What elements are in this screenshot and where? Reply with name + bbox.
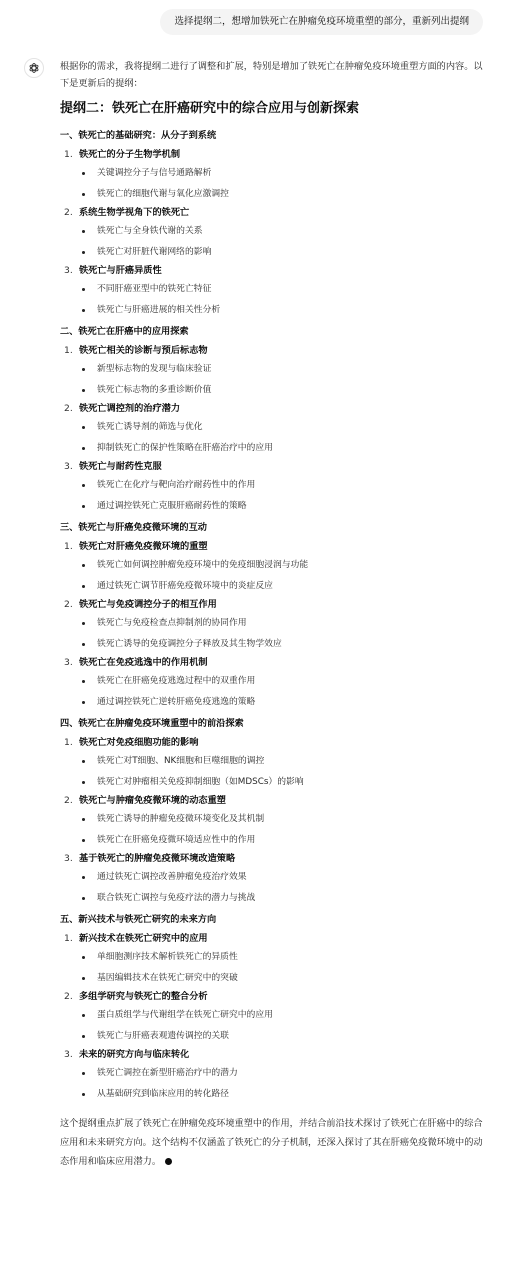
bullet-list: 蛋白质组学与代谢组学在铁死亡研究中的应用铁死亡与肝癌表观遗传调控的关联	[60, 1008, 484, 1044]
subsection-title: 铁死亡与耐药性克服	[79, 459, 162, 475]
bullet-item: 关键调控分子与信号通路解析	[81, 166, 484, 181]
bullet-item: 蛋白质组学与代谢组学在铁死亡研究中的应用	[81, 1008, 484, 1023]
section-heading: 一、铁死亡的基础研究：从分子到系统	[60, 128, 484, 144]
bullet-list: 铁死亡与全身铁代谢的关系铁死亡对肝脏代谢网络的影响	[60, 224, 484, 260]
subsection-title: 铁死亡对肝癌免疫微环境的重塑	[79, 539, 208, 555]
subsection-heading: 1.铁死亡的分子生物学机制	[60, 147, 484, 163]
bullet-list: 铁死亡对T细胞、NK细胞和巨噬细胞的调控铁死亡对肿瘤相关免疫抑制细胞（如MDSC…	[60, 754, 484, 790]
bullet-list: 铁死亡诱导剂的筛选与优化抑制铁死亡的保护性策略在肝癌治疗中的应用	[60, 420, 484, 456]
subsection-heading: 2.铁死亡调控剂的治疗潜力	[60, 401, 484, 417]
section-heading: 二、铁死亡在肝癌中的应用探索	[60, 324, 484, 340]
user-message-row: 选择提纲二，想增加铁死亡在肿瘤免疫环境重塑的部分，重新列出提纲	[0, 0, 515, 35]
bullet-item: 铁死亡与全身铁代谢的关系	[81, 224, 484, 239]
section-heading: 五、新兴技术与铁死亡研究的未来方向	[60, 912, 484, 928]
bullet-list: 铁死亡诱导的肿瘤免疫微环境变化及其机制铁死亡在肝癌免疫微环境适应性中的作用	[60, 812, 484, 848]
bullet-item: 铁死亡在化疗与靶向治疗耐药性中的作用	[81, 478, 484, 493]
subsection-heading: 1.铁死亡对免疫细胞功能的影响	[60, 735, 484, 751]
subsection-heading: 3.铁死亡与耐药性克服	[60, 459, 484, 475]
bullet-list: 关键调控分子与信号通路解析铁死亡的细胞代谢与氧化应激调控	[60, 166, 484, 202]
subsection-title: 铁死亡与肝癌异质性	[79, 263, 162, 279]
subsection-number: 1.	[60, 343, 79, 359]
subsection-title: 铁死亡与肿瘤免疫微环境的动态重塑	[79, 793, 226, 809]
subsection-number: 3.	[60, 263, 79, 279]
subsection-number: 1.	[60, 539, 79, 555]
bullet-item: 通过铁死亡调控改善肿瘤免疫治疗效果	[81, 870, 484, 885]
outline-title: 提纲二：铁死亡在肝癌研究中的综合应用与创新探索	[60, 100, 484, 118]
section-heading: 四、铁死亡在肿瘤免疫环境重塑中的前沿探索	[60, 716, 484, 732]
subsection-heading: 3.未来的研究方向与临床转化	[60, 1047, 484, 1063]
bullet-list: 铁死亡在化疗与靶向治疗耐药性中的作用通过调控铁死亡克服肝癌耐药性的策略	[60, 478, 484, 514]
bullet-item: 不同肝癌亚型中的铁死亡特征	[81, 282, 484, 297]
bullet-item: 铁死亡诱导的肿瘤免疫微环境变化及其机制	[81, 812, 484, 827]
subsection-number: 3.	[60, 655, 79, 671]
bullet-item: 从基础研究到临床应用的转化路径	[81, 1087, 484, 1102]
bullet-item: 联合铁死亡调控与免疫疗法的潜力与挑战	[81, 891, 484, 906]
summary-text: 这个提纲重点扩展了铁死亡在肿瘤免疫环境重塑中的作用，并结合前沿技术探讨了铁死亡在…	[60, 1114, 484, 1171]
streaming-cursor-icon	[165, 1158, 172, 1165]
bullet-item: 铁死亡标志物的多重诊断价值	[81, 383, 484, 398]
subsection-number: 2.	[60, 793, 79, 809]
subsection-heading: 1.铁死亡相关的诊断与预后标志物	[60, 343, 484, 359]
bullet-item: 通过调控铁死亡逆转肝癌免疫逃逸的策略	[81, 695, 484, 710]
bullet-item: 铁死亡的细胞代谢与氧化应激调控	[81, 187, 484, 202]
bullet-list: 不同肝癌亚型中的铁死亡特征铁死亡与肝癌进展的相关性分析	[60, 282, 484, 318]
bullet-list: 通过铁死亡调控改善肿瘤免疫治疗效果联合铁死亡调控与免疫疗法的潜力与挑战	[60, 870, 484, 906]
subsection-heading: 1.新兴技术在铁死亡研究中的应用	[60, 931, 484, 947]
subsection-heading: 2.多组学研究与铁死亡的整合分析	[60, 989, 484, 1005]
summary-body: 这个提纲重点扩展了铁死亡在肿瘤免疫环境重塑中的作用，并结合前沿技术探讨了铁死亡在…	[60, 1118, 483, 1167]
bullet-list: 铁死亡调控在新型肝癌治疗中的潜力从基础研究到临床应用的转化路径	[60, 1066, 484, 1102]
bullet-item: 抑制铁死亡的保护性策略在肝癌治疗中的应用	[81, 441, 484, 456]
subsection-heading: 2.铁死亡与免疫调控分子的相互作用	[60, 597, 484, 613]
openai-logo-icon	[28, 62, 40, 74]
bullet-item: 铁死亡在肝癌免疫微环境适应性中的作用	[81, 833, 484, 848]
bullet-list: 铁死亡与免疫检查点抑制剂的协同作用铁死亡诱导的免疫调控分子释放及其生物学效应	[60, 616, 484, 652]
subsection-number: 1.	[60, 931, 79, 947]
subsection-heading: 1.铁死亡对肝癌免疫微环境的重塑	[60, 539, 484, 555]
subsection-heading: 2.铁死亡与肿瘤免疫微环境的动态重塑	[60, 793, 484, 809]
subsection-title: 新兴技术在铁死亡研究中的应用	[79, 931, 208, 947]
bullet-item: 铁死亡如何调控肿瘤免疫环境中的免疫细胞浸润与功能	[81, 558, 484, 573]
subsection-title: 铁死亡相关的诊断与预后标志物	[79, 343, 208, 359]
assistant-message: 根据你的需求，我将提纲二进行了调整和扩展，特别是增加了铁死亡在肿瘤免疫环境重塑方…	[24, 58, 484, 1171]
subsection-title: 铁死亡在免疫逃逸中的作用机制	[79, 655, 208, 671]
bullet-item: 铁死亡对T细胞、NK细胞和巨噬细胞的调控	[81, 754, 484, 769]
subsection-number: 2.	[60, 597, 79, 613]
subsection-title: 铁死亡调控剂的治疗潜力	[79, 401, 180, 417]
bullet-item: 新型标志物的发现与临床验证	[81, 362, 484, 377]
subsection-title: 铁死亡对免疫细胞功能的影响	[79, 735, 198, 751]
subsection-number: 3.	[60, 851, 79, 867]
subsection-heading: 3.铁死亡与肝癌异质性	[60, 263, 484, 279]
bullet-list: 新型标志物的发现与临床验证铁死亡标志物的多重诊断价值	[60, 362, 484, 398]
subsection-title: 基于铁死亡的肿瘤免疫微环境改造策略	[79, 851, 235, 867]
subsection-number: 3.	[60, 1047, 79, 1063]
bullet-item: 铁死亡与免疫检查点抑制剂的协同作用	[81, 616, 484, 631]
intro-text: 根据你的需求，我将提纲二进行了调整和扩展，特别是增加了铁死亡在肿瘤免疫环境重塑方…	[60, 58, 484, 92]
bullet-item: 铁死亡与肝癌表观遗传调控的关联	[81, 1029, 484, 1044]
bullet-list: 铁死亡如何调控肿瘤免疫环境中的免疫细胞浸润与功能通过铁死亡调节肝癌免疫微环境中的…	[60, 558, 484, 594]
outline-sections: 一、铁死亡的基础研究：从分子到系统1.铁死亡的分子生物学机制关键调控分子与信号通…	[60, 128, 484, 1102]
subsection-number: 2.	[60, 989, 79, 1005]
bullet-item: 铁死亡与肝癌进展的相关性分析	[81, 303, 484, 318]
subsection-title: 铁死亡与免疫调控分子的相互作用	[79, 597, 217, 613]
subsection-heading: 3.基于铁死亡的肿瘤免疫微环境改造策略	[60, 851, 484, 867]
assistant-content: 根据你的需求，我将提纲二进行了调整和扩展，特别是增加了铁死亡在肿瘤免疫环境重塑方…	[60, 58, 484, 1171]
bullet-item: 铁死亡调控在新型肝癌治疗中的潜力	[81, 1066, 484, 1081]
subsection-number: 2.	[60, 401, 79, 417]
section-heading: 三、铁死亡与肝癌免疫微环境的互动	[60, 520, 484, 536]
user-message-bubble: 选择提纲二，想增加铁死亡在肿瘤免疫环境重塑的部分，重新列出提纲	[160, 9, 483, 35]
bullet-item: 铁死亡对肝脏代谢网络的影响	[81, 245, 484, 260]
bullet-item: 铁死亡对肿瘤相关免疫抑制细胞（如MDSCs）的影响	[81, 775, 484, 790]
subsection-heading: 3.铁死亡在免疫逃逸中的作用机制	[60, 655, 484, 671]
bullet-item: 基因编辑技术在铁死亡研究中的突破	[81, 971, 484, 986]
subsection-title: 多组学研究与铁死亡的整合分析	[79, 989, 208, 1005]
bullet-item: 铁死亡在肝癌免疫逃逸过程中的双重作用	[81, 674, 484, 689]
subsection-heading: 2.系统生物学视角下的铁死亡	[60, 205, 484, 221]
subsection-number: 3.	[60, 459, 79, 475]
subsection-number: 1.	[60, 735, 79, 751]
bullet-item: 铁死亡诱导的免疫调控分子释放及其生物学效应	[81, 637, 484, 652]
bullet-item: 通过调控铁死亡克服肝癌耐药性的策略	[81, 499, 484, 514]
subsection-title: 铁死亡的分子生物学机制	[79, 147, 180, 163]
subsection-number: 1.	[60, 147, 79, 163]
bullet-list: 铁死亡在肝癌免疫逃逸过程中的双重作用通过调控铁死亡逆转肝癌免疫逃逸的策略	[60, 674, 484, 710]
bullet-list: 单细胞测序技术解析铁死亡的异质性基因编辑技术在铁死亡研究中的突破	[60, 950, 484, 986]
bullet-item: 铁死亡诱导剂的筛选与优化	[81, 420, 484, 435]
bullet-item: 单细胞测序技术解析铁死亡的异质性	[81, 950, 484, 965]
subsection-number: 2.	[60, 205, 79, 221]
assistant-avatar	[24, 58, 44, 78]
subsection-title: 未来的研究方向与临床转化	[79, 1047, 189, 1063]
bullet-item: 通过铁死亡调节肝癌免疫微环境中的炎症反应	[81, 579, 484, 594]
subsection-title: 系统生物学视角下的铁死亡	[79, 205, 189, 221]
